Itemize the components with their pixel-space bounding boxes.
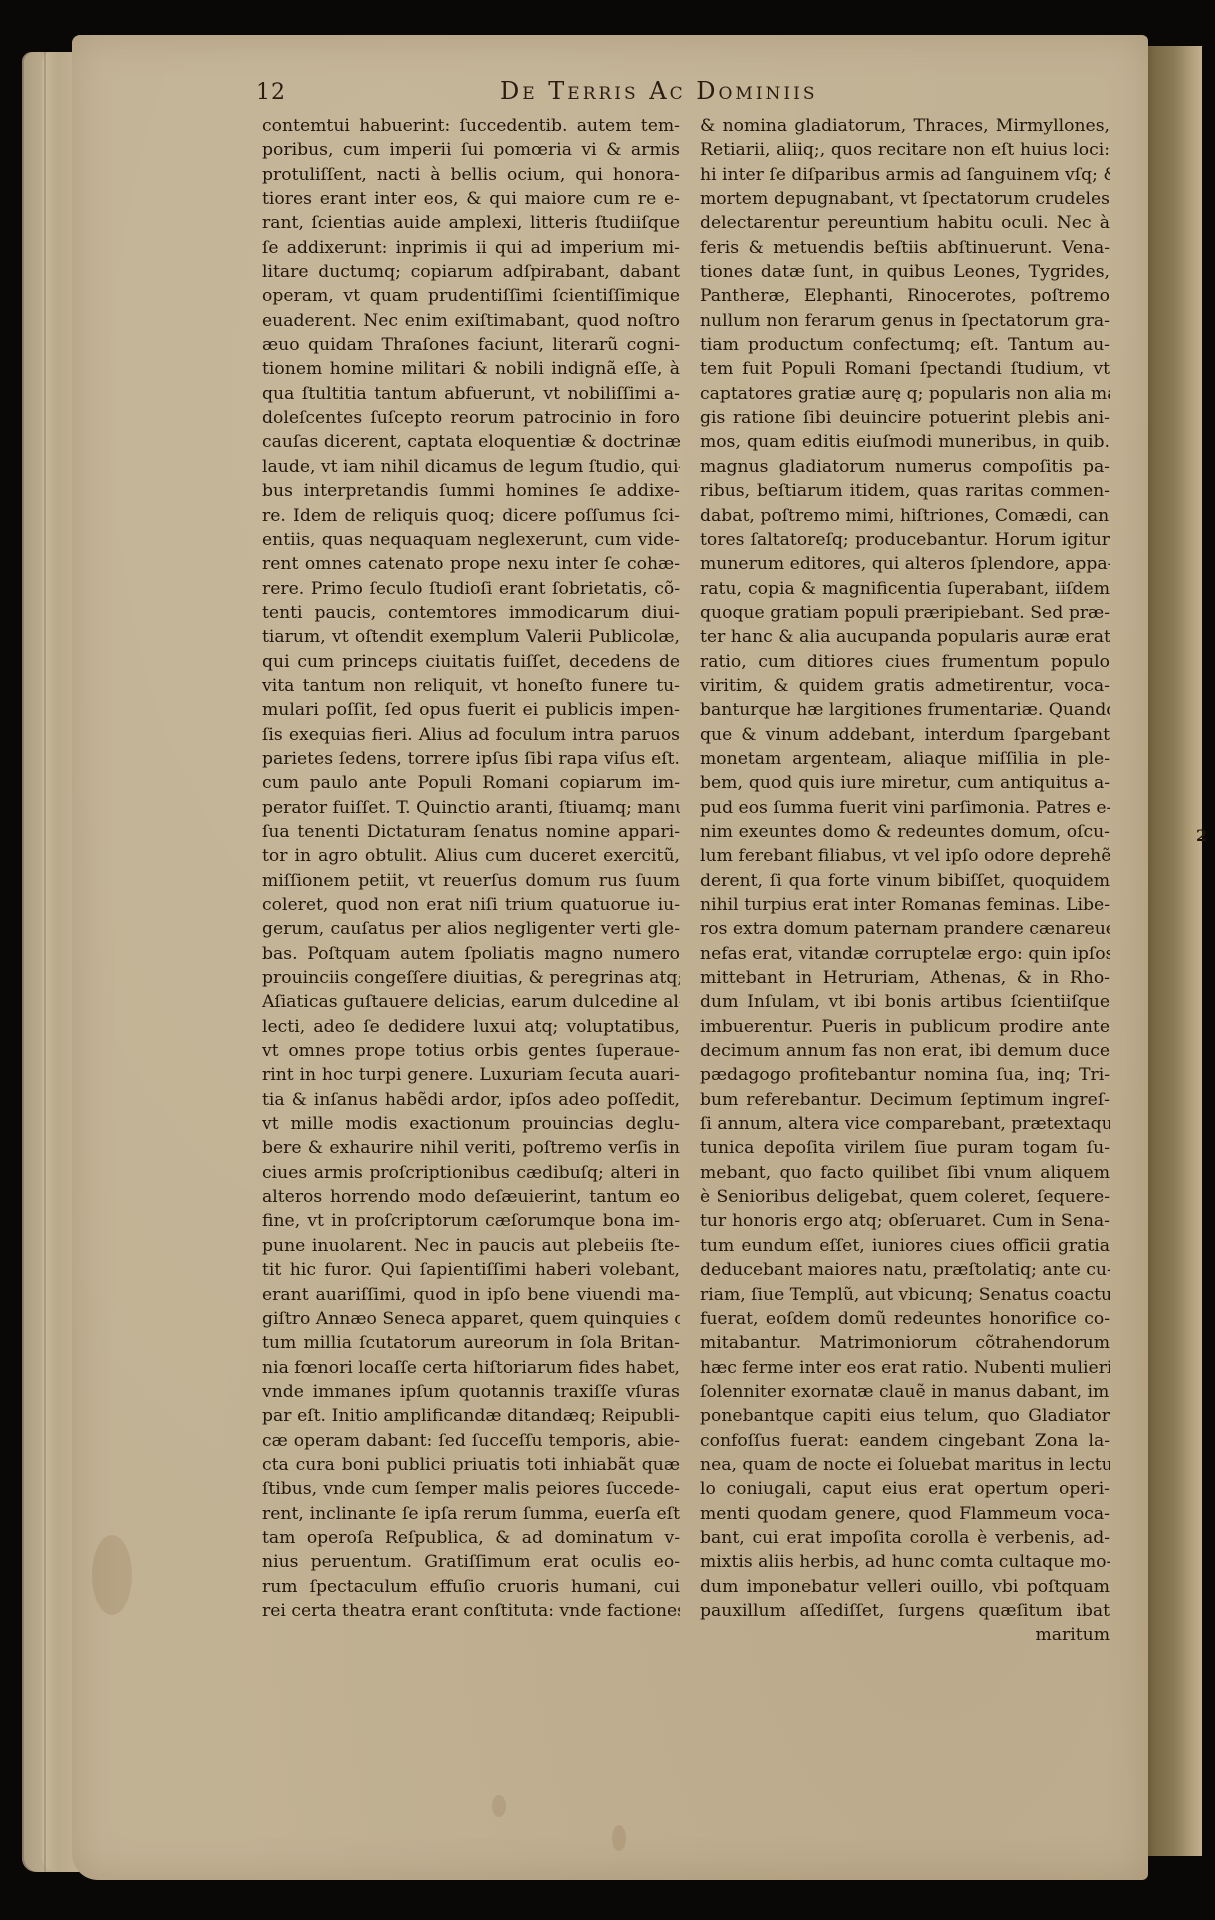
text-line: & nomina gladiatorum, Thraces, Mirmyllon… [700, 114, 1110, 138]
text-line: tit hic furor. Qui ſapientiſſimi haberi … [262, 1258, 680, 1282]
text-line: riam, ſiue Templũ, aut vbicunq; Senatus … [700, 1283, 1110, 1307]
text-line: nea, quam de nocte ei ſoluebat maritus i… [700, 1453, 1110, 1477]
text-line: prouinciis congeſſere diuitias, & peregr… [262, 966, 680, 990]
text-line: dum imponebatur velleri ouillo, vbi poſt… [700, 1575, 1110, 1599]
text-line: pauxillum aſſediſſet, ſurgens quæſitum i… [700, 1599, 1110, 1623]
text-line: parietes ſedens, torrere ipſus ſibi rapa… [262, 747, 680, 771]
text-line: bere & exhaurire nihil veriti, poſtremo … [262, 1136, 680, 1160]
text-line: erant auariſſimi, quod in ipſo bene viue… [262, 1283, 680, 1307]
text-line: protuliſſent, nacti à bellis ocium, qui … [262, 163, 680, 187]
text-line: ratio, cum ditiores ciues frumentum popu… [700, 650, 1110, 674]
text-line: tia & inſanus habẽdi ardor, ipſos adeo p… [262, 1088, 680, 1112]
text-line: gerum, cauſatus per alios negligenter ve… [262, 917, 680, 941]
text-line: Retiarii, aliiq;, quos recitare non eſt … [700, 138, 1110, 162]
text-line: bum referebantur. Decimum ſeptimum ingre… [700, 1088, 1110, 1112]
text-line: confoſſus fuerat: eandem cingebant Zona … [700, 1429, 1110, 1453]
text-line: banturque hæ largitiones frumentariæ. Qu… [700, 698, 1110, 722]
text-line: munerum editores, qui alteros ſplendore,… [700, 552, 1110, 576]
text-line: giſtro Annæo Seneca apparet, quem quinqu… [262, 1307, 680, 1331]
text-line: ribus, beſtiarum itidem, quas raritas co… [700, 479, 1110, 503]
text-line: re. Idem de reliquis quoq; dicere poſſum… [262, 504, 680, 528]
text-line: mitabantur. Matrimoniorum cõtrahendorum [700, 1331, 1110, 1355]
text-line: rent, inclinante ſe ipſa rerum ſumma, eu… [262, 1502, 680, 1526]
text-line: rent omnes catenato prope nexu inter ſe … [262, 552, 680, 576]
text-line: rant, ſcientias auide amplexi, litteris … [262, 211, 680, 235]
running-title: De Terris Ac Dominiis [500, 77, 818, 105]
text-line: delectarentur pereuntium habitu oculi. N… [700, 211, 1110, 235]
text-line: Aſiaticas guſtauere delicias, earum dulc… [262, 990, 680, 1014]
text-line: vt mille modis exactionum prouincias deg… [262, 1112, 680, 1136]
text-line: litare ductumq; copiarum adſpirabant, da… [262, 260, 680, 284]
text-line: bant, cui erat impoſita corolla è verben… [700, 1526, 1110, 1550]
text-line: pud eos ſumma fuerit vini parſimonia. Pa… [700, 796, 1110, 820]
left-text-column: contemtui habuerint: ſuccedentib. autem … [262, 114, 680, 1623]
text-line: tiarum, vt oſtendit exemplum Valerii Pub… [262, 625, 680, 649]
text-line: tor in agro obtulit. Alius cum duceret e… [262, 844, 680, 868]
text-line: ſolenniter exornatæ clauẽ in manus daban… [700, 1380, 1110, 1404]
text-line: menti quodam genere, quod Flammeum voca- [700, 1502, 1110, 1526]
text-line: dabat, poſtremo mimi, hiſtriones, Comædi… [700, 504, 1110, 528]
text-line: cauſas dicerent, captata eloquentiæ & do… [262, 430, 680, 454]
foxing-stain [492, 1795, 506, 1817]
page-number: 12 [256, 80, 286, 105]
text-line: alteros horrendo modo deſæuierint, tantu… [262, 1185, 680, 1209]
text-line: quoque gratiam populi præripiebant. Sed … [700, 601, 1110, 625]
text-line: pædagogo profitebantur nomina ſua, inq; … [700, 1063, 1110, 1087]
text-line: æuo quidam Thraſones faciunt, literarũ c… [262, 333, 680, 357]
text-line: mebant, quo facto quilibet ſibi vnum ali… [700, 1161, 1110, 1185]
right-text-column: & nomina gladiatorum, Thraces, Mirmyllon… [700, 114, 1110, 1648]
text-line: mortem depugnabant, vt ſpectatorum crude… [700, 187, 1110, 211]
text-line: fuerat, eoſdem domũ redeuntes honorifice… [700, 1307, 1110, 1331]
text-line: rei certa theatra erant conſtituta: vnde… [262, 1599, 680, 1623]
text-line: rum ſpectaculum effuſio cruoris humani, … [262, 1575, 680, 1599]
text-line: perator fuiſſet. T. Quinctio aranti, ſti… [262, 796, 680, 820]
text-line: tam operoſa Reſpublica, & ad dominatum v… [262, 1526, 680, 1550]
text-line: tores ſaltatoreſq; producebantur. Horum … [700, 528, 1110, 552]
text-line: ſua tenenti Dictaturam ſenatus nomine ap… [262, 820, 680, 844]
foxing-stain [612, 1825, 626, 1851]
foxing-stain [92, 1535, 132, 1615]
text-line: ſtibus, vnde cum ſemper malis peiores ſu… [262, 1477, 680, 1501]
text-line: magnus gladiatorum numerus compoſitis pa… [700, 455, 1110, 479]
adjacent-page-edge [1140, 46, 1202, 1856]
text-line: nius peruentum. Gratiſſimum erat oculis … [262, 1550, 680, 1574]
text-line: contemtui habuerint: ſuccedentib. autem … [262, 114, 680, 138]
text-line: derent, ſi qua forte vinum bibiſſet, quo… [700, 869, 1110, 893]
text-line: maritum [700, 1623, 1110, 1647]
text-line: coleret, quod non erat niſi trium quatuo… [262, 893, 680, 917]
text-line: qua ſtultitia tantum abfuerunt, vt nobil… [262, 382, 680, 406]
text-line: mulari poſſit, ſed opus fuerit ei public… [262, 698, 680, 722]
text-line: dum Inſulam, vt ibi bonis artibus ſcient… [700, 990, 1110, 1014]
text-line: rere. Primo ſeculo ſtudioſi erant ſobrie… [262, 577, 680, 601]
text-line: feris & metuendis beſtiis abſtinuerunt. … [700, 236, 1110, 260]
text-line: euaderent. Nec enim exiſtimabant, quod n… [262, 309, 680, 333]
text-line: operam, vt quam prudentiſſimi ſcientiſſi… [262, 284, 680, 308]
text-line: nefas erat, vitandæ corruptelæ ergo: qui… [700, 942, 1110, 966]
text-line: mixtis aliis herbis, ad hunc comta culta… [700, 1550, 1110, 1574]
text-line: entiis, quas nequaquam neglexerunt, cum … [262, 528, 680, 552]
text-line: deducebant maiores natu, præſtolatiq; an… [700, 1258, 1110, 1282]
text-line: doleſcentes ſuſcepto reorum patrocinio i… [262, 406, 680, 430]
text-line: è Senioribus deligebat, quem coleret, ſe… [700, 1185, 1110, 1209]
text-line: imbuerentur. Pueris in publicum prodire … [700, 1015, 1110, 1039]
text-line: lecti, adeo ſe dedidere luxui atq; volup… [262, 1015, 680, 1039]
text-line: mittebant in Hetruriam, Athenas, & in Rh… [700, 966, 1110, 990]
text-line: captatores gratiæ aurę q; popularis non … [700, 382, 1110, 406]
text-line: tiones datæ ſunt, in quibus Leones, Tygr… [700, 260, 1110, 284]
text-line: miſſionem petiit, vt reuerſus domum rus … [262, 869, 680, 893]
text-line: tiam productum confectumq; eſt. Tantum a… [700, 333, 1110, 357]
text-line: nullum non ferarum genus in ſpectatorum … [700, 309, 1110, 333]
text-line: bus interpretandis ſummi homines ſe addi… [262, 479, 680, 503]
text-line: decimum annum fas non erat, ibi demum du… [700, 1039, 1110, 1063]
text-line: nihil turpius erat inter Romanas feminas… [700, 893, 1110, 917]
text-line: nia fœnori locaſſe certa hiſtoriarum fid… [262, 1356, 680, 1380]
text-line: hæc ferme inter eos erat ratio. Nubenti … [700, 1356, 1110, 1380]
text-line: monetam argenteam, aliaque miſſilia in p… [700, 747, 1110, 771]
text-line: poribus, cum imperii ſui pomœria vi & ar… [262, 138, 680, 162]
text-line: vita tantum non reliquit, vt honeſto fun… [262, 674, 680, 698]
text-line: vnde immanes ipſum quotannis traxiſſe vſ… [262, 1380, 680, 1404]
text-line: ter hanc & alia aucupanda popularis auræ… [700, 625, 1110, 649]
text-line: par eſt. Initio amplificandæ ditandæq; R… [262, 1404, 680, 1428]
text-line: lum ferebant filiabus, vt vel ipſo odore… [700, 844, 1110, 868]
text-line: tum eundum eſſet, iuniores ciues officii… [700, 1234, 1110, 1258]
text-line: tenti paucis, contemtores immodicarum di… [262, 601, 680, 625]
text-line: laude, vt iam nihil dicamus de legum ſtu… [262, 455, 680, 479]
text-line: pune inuolarent. Nec in paucis aut plebe… [262, 1234, 680, 1258]
text-line: ros extra domum paternam prandere cænare… [700, 917, 1110, 941]
text-line: gis ratione ſibi deuincire potuerint ple… [700, 406, 1110, 430]
text-line: tiores erant inter eos, & qui maiore cum… [262, 187, 680, 211]
text-line: ſe addixerunt: inprimis ii qui ad imperi… [262, 236, 680, 260]
text-line: vt omnes prope totius orbis gentes ſuper… [262, 1039, 680, 1063]
text-line: nim exeuntes domo & redeuntes domum, oſc… [700, 820, 1110, 844]
text-line: viritim, & quidem gratis admetirentur, v… [700, 674, 1110, 698]
text-line: bem, quod quis iure miretur, cum antiqui… [700, 771, 1110, 795]
text-line: fine, vt in proſcriptorum cæſorumque bon… [262, 1209, 680, 1233]
text-line: ratu, copia & magnificentia ſuperabant, … [700, 577, 1110, 601]
text-line: hi inter ſe diſparibus armis ad ſanguine… [700, 163, 1110, 187]
text-line: ſi annum, altera vice comparebant, præte… [700, 1112, 1110, 1136]
text-line: cum paulo ante Populi Romani copiarum im… [262, 771, 680, 795]
text-line: tem fuit Populi Romani ſpectandi ſtudium… [700, 357, 1110, 381]
text-line: tum millia ſcutatorum aureorum in ſola B… [262, 1331, 680, 1355]
text-line: qui cum princeps ciuitatis fuiſſet, dece… [262, 650, 680, 674]
text-line: que & vinum addebant, interdum ſpargeban… [700, 723, 1110, 747]
text-line: cæ operam dabant: ſed ſucceſſu temporis,… [262, 1429, 680, 1453]
adjacent-page-mark: 2 [1196, 826, 1207, 845]
text-line: ponebantque capiti eius telum, quo Gladi… [700, 1404, 1110, 1428]
text-line: tionem homine militari & nobili indignã … [262, 357, 680, 381]
text-line: cta cura boni publici priuatis toti inhi… [262, 1453, 680, 1477]
text-line: Pantheræ, Elephanti, Rinocerotes, poſtre… [700, 284, 1110, 308]
text-line: rint in hoc turpi genere. Luxuriam ſecut… [262, 1063, 680, 1087]
text-line: ſis exequias fieri. Alius ad foculum int… [262, 723, 680, 747]
text-line: lo coniugali, caput eius erat opertum op… [700, 1477, 1110, 1501]
text-line: ciues armis proſcriptionibus cædibuſq; a… [262, 1161, 680, 1185]
text-line: tur honoris ergo atq; obſeruaret. Cum in… [700, 1209, 1110, 1233]
text-line: tunica depoſita virilem ſiue puram togam… [700, 1136, 1110, 1160]
text-line: bas. Poſtquam autem ſpoliatis magno nume… [262, 942, 680, 966]
text-line: mos, quam editis eiuſmodi muneribus, in … [700, 430, 1110, 454]
